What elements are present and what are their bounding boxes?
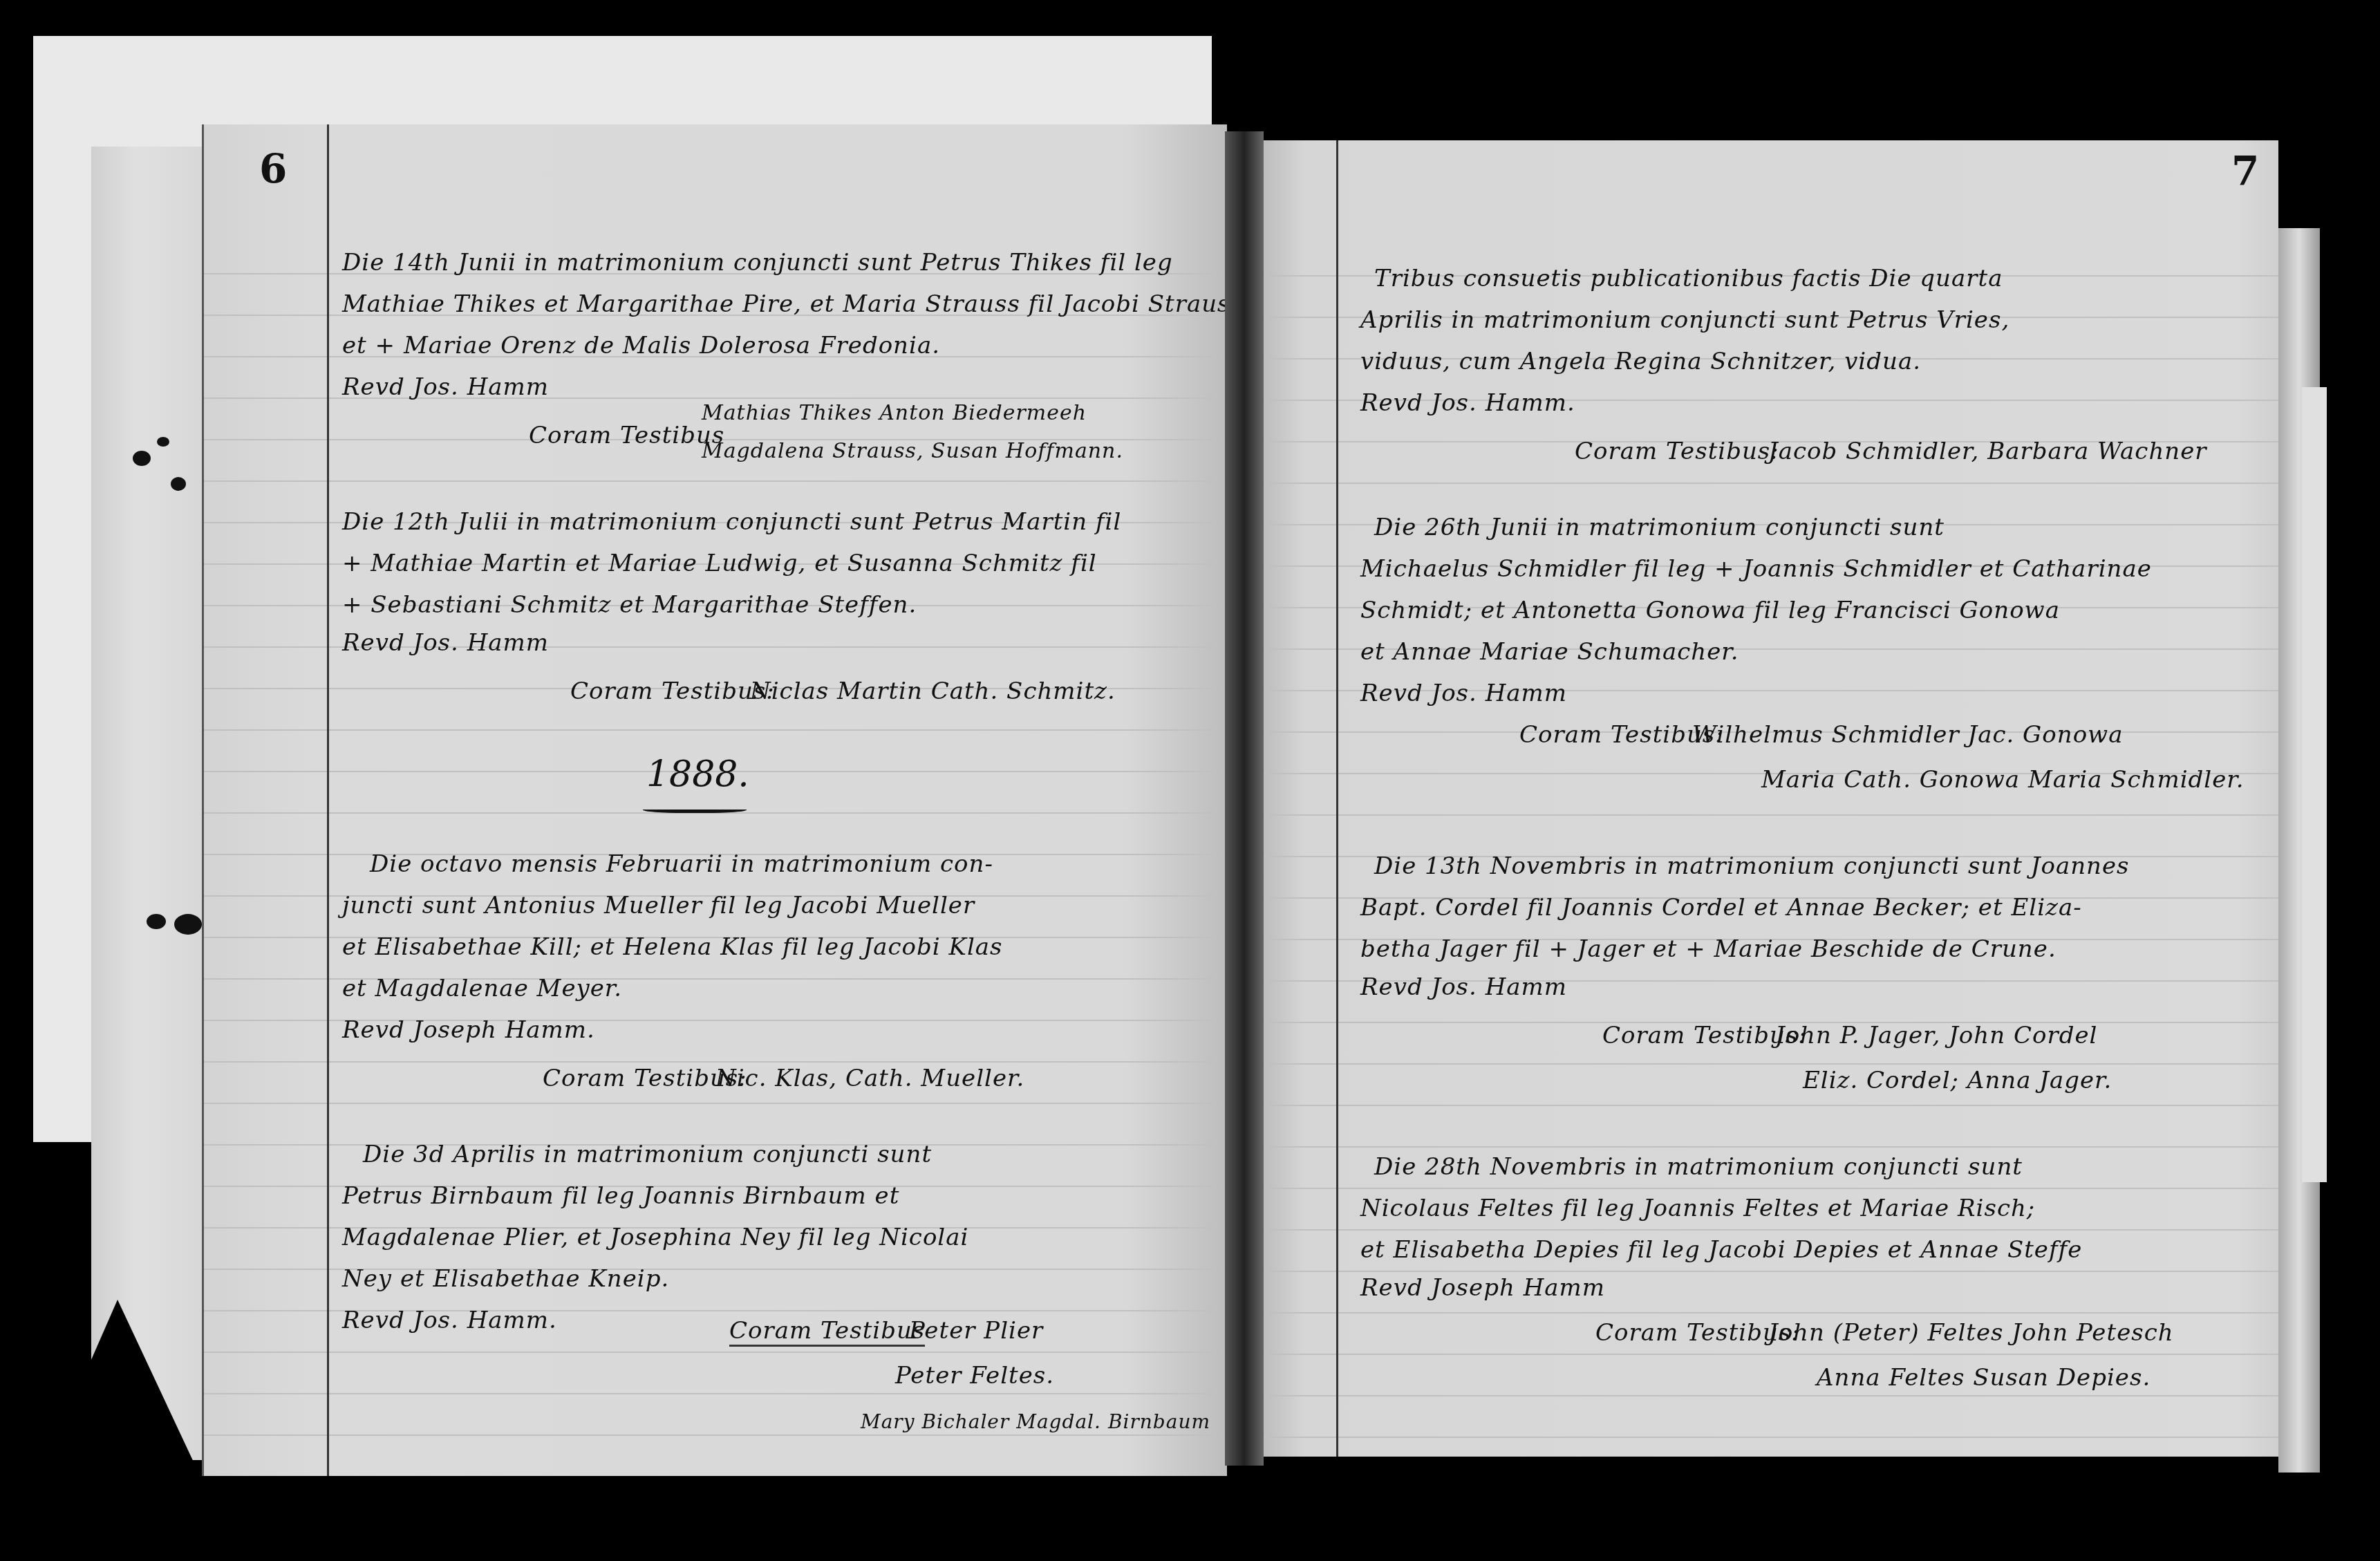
ink-blot <box>133 451 151 466</box>
page-number: 7 <box>2231 147 2259 194</box>
entry-line: Tribus consuetis publicationibus factis … <box>1374 265 2003 292</box>
entry-line: Magdalenae Plier, et Josephina Ney fil l… <box>342 1224 968 1251</box>
priest-signature: Revd Joseph Hamm <box>1360 1274 1605 1302</box>
entry-line: Die octavo mensis Februarii in matrimoni… <box>370 850 993 878</box>
witness: Peter Feltes. <box>895 1362 1054 1390</box>
witness: Jacob Schmidler, Barbara Wachner <box>1768 438 2207 465</box>
entry-line: Schmidt; et Antonetta Gonowa fil leg Fra… <box>1360 597 2060 624</box>
entry-line: Die 3d Aprilis in matrimonium conjuncti … <box>363 1141 932 1168</box>
witnesses-label: Coram Testibus: <box>1575 438 1779 465</box>
entry-line: Die 14th Junii in matrimonium conjuncti … <box>342 249 1173 277</box>
witnesses-label: Coram Testibus: <box>570 677 775 705</box>
witness: Anna Feltes Susan Depies. <box>1817 1364 2151 1392</box>
torn-corner <box>21 1300 221 1521</box>
entry-line: Aprilis in matrimonium conjuncti sunt Pe… <box>1360 306 2009 334</box>
witness: John P. Jager, John Cordel <box>1775 1022 2097 1049</box>
entry-line: Ney et Elisabethae Kneip. <box>342 1265 669 1293</box>
entry-line: Die 28th Novembris in matrimonium conjun… <box>1374 1153 2023 1181</box>
priest-signature: Revd Jos. Hamm. <box>1360 389 1575 417</box>
priest-signature: Revd Joseph Hamm. <box>342 1016 595 1044</box>
witness: John (Peter) Feltes John Petesch <box>1768 1319 2174 1347</box>
priest-signature: Revd Jos. Hamm <box>1360 680 1567 707</box>
entry-line: et Annae Mariae Schumacher. <box>1360 638 1739 666</box>
entry-line: Nicolaus Feltes fil leg Joannis Feltes e… <box>1360 1195 2035 1222</box>
entry-line: et Elisabetha Depies fil leg Jacobi Depi… <box>1360 1236 2082 1264</box>
page-number: 6 <box>259 145 287 192</box>
ink-blot <box>147 914 166 929</box>
entry-line: Die 26th Junii in matrimonium conjuncti … <box>1374 514 1945 541</box>
ink-blot <box>171 477 186 491</box>
left-page: 6 Die 14th Junii in matrimonium conjunct… <box>202 124 1227 1476</box>
entry-line: + Sebastiani Schmitz et Margarithae Stef… <box>342 591 917 619</box>
entry-line: et Magdalenae Meyer. <box>342 975 622 1002</box>
year-heading: 1888. <box>646 754 749 795</box>
entry-line: Die 12th Julii in matrimonium conjuncti … <box>342 508 1121 536</box>
entry-line: Bapt. Cordel fil Joannis Cordel et Annae… <box>1360 894 2082 922</box>
entry-line: juncti sunt Antonius Mueller fil leg Jac… <box>342 892 975 919</box>
witness: Wilhelmus Schmidler Jac. Gonowa <box>1692 721 2123 749</box>
ink-blot <box>174 914 202 935</box>
year-flourish <box>643 805 747 813</box>
entry-line: Michaelus Schmidler fil leg + Joannis Sc… <box>1360 555 2152 583</box>
entry-line: Die 13th Novembris in matrimonium conjun… <box>1374 852 2130 880</box>
book-edge-strip <box>91 147 203 1460</box>
witnesses-label: Coram Testibus <box>729 1317 925 1347</box>
witness: Mathias Thikes Anton Biedermeeh <box>702 401 1087 425</box>
entry-line: Mathiae Thikes et Margarithae Pire, et M… <box>342 290 1243 318</box>
book-gutter <box>1225 131 1264 1466</box>
entry-line: betha Jager fil + Jager et + Mariae Besc… <box>1360 935 2056 963</box>
witness: Niclas Martin Cath. Schmitz. <box>750 677 1116 705</box>
witness: Mary Bichaler Magdal. Birnbaum <box>861 1410 1210 1433</box>
priest-signature: Revd Jos. Hamm. <box>342 1307 557 1334</box>
priest-signature: Revd Jos. Hamm <box>1360 973 1567 1001</box>
witness: Magdalena Strauss, Susan Hoffmann. <box>702 439 1123 463</box>
entry-line: viduus, cum Angela Regina Schnitzer, vid… <box>1360 348 1921 375</box>
witness: Nic. Klas, Cath. Mueller. <box>715 1065 1024 1092</box>
entry-line: + Mathiae Martin et Mariae Ludwig, et Su… <box>342 550 1097 577</box>
entry-line: et Elisabethae Kill; et Helena Klas fil … <box>342 933 1003 961</box>
ink-blot <box>157 437 169 447</box>
priest-signature: Revd Jos. Hamm <box>342 373 549 401</box>
margin-line <box>327 124 329 1476</box>
priest-signature: Revd Jos. Hamm <box>342 629 549 657</box>
witness: Eliz. Cordel; Anna Jager. <box>1803 1067 2112 1094</box>
witness: Peter Plier <box>909 1317 1043 1345</box>
entry-line: et + Mariae Orenz de Malis Dolerosa Fred… <box>342 332 940 359</box>
entry-line: Petrus Birnbaum fil leg Joannis Birnbaum… <box>342 1182 899 1210</box>
witnesses-label: Coram Testibus <box>529 422 724 449</box>
witness: Maria Cath. Gonowa Maria Schmidler. <box>1761 766 2245 794</box>
margin-line <box>1336 140 1338 1457</box>
page-tab <box>2302 387 2327 1182</box>
right-page: 7 Tribus consuetis publicationibus facti… <box>1264 140 2278 1457</box>
